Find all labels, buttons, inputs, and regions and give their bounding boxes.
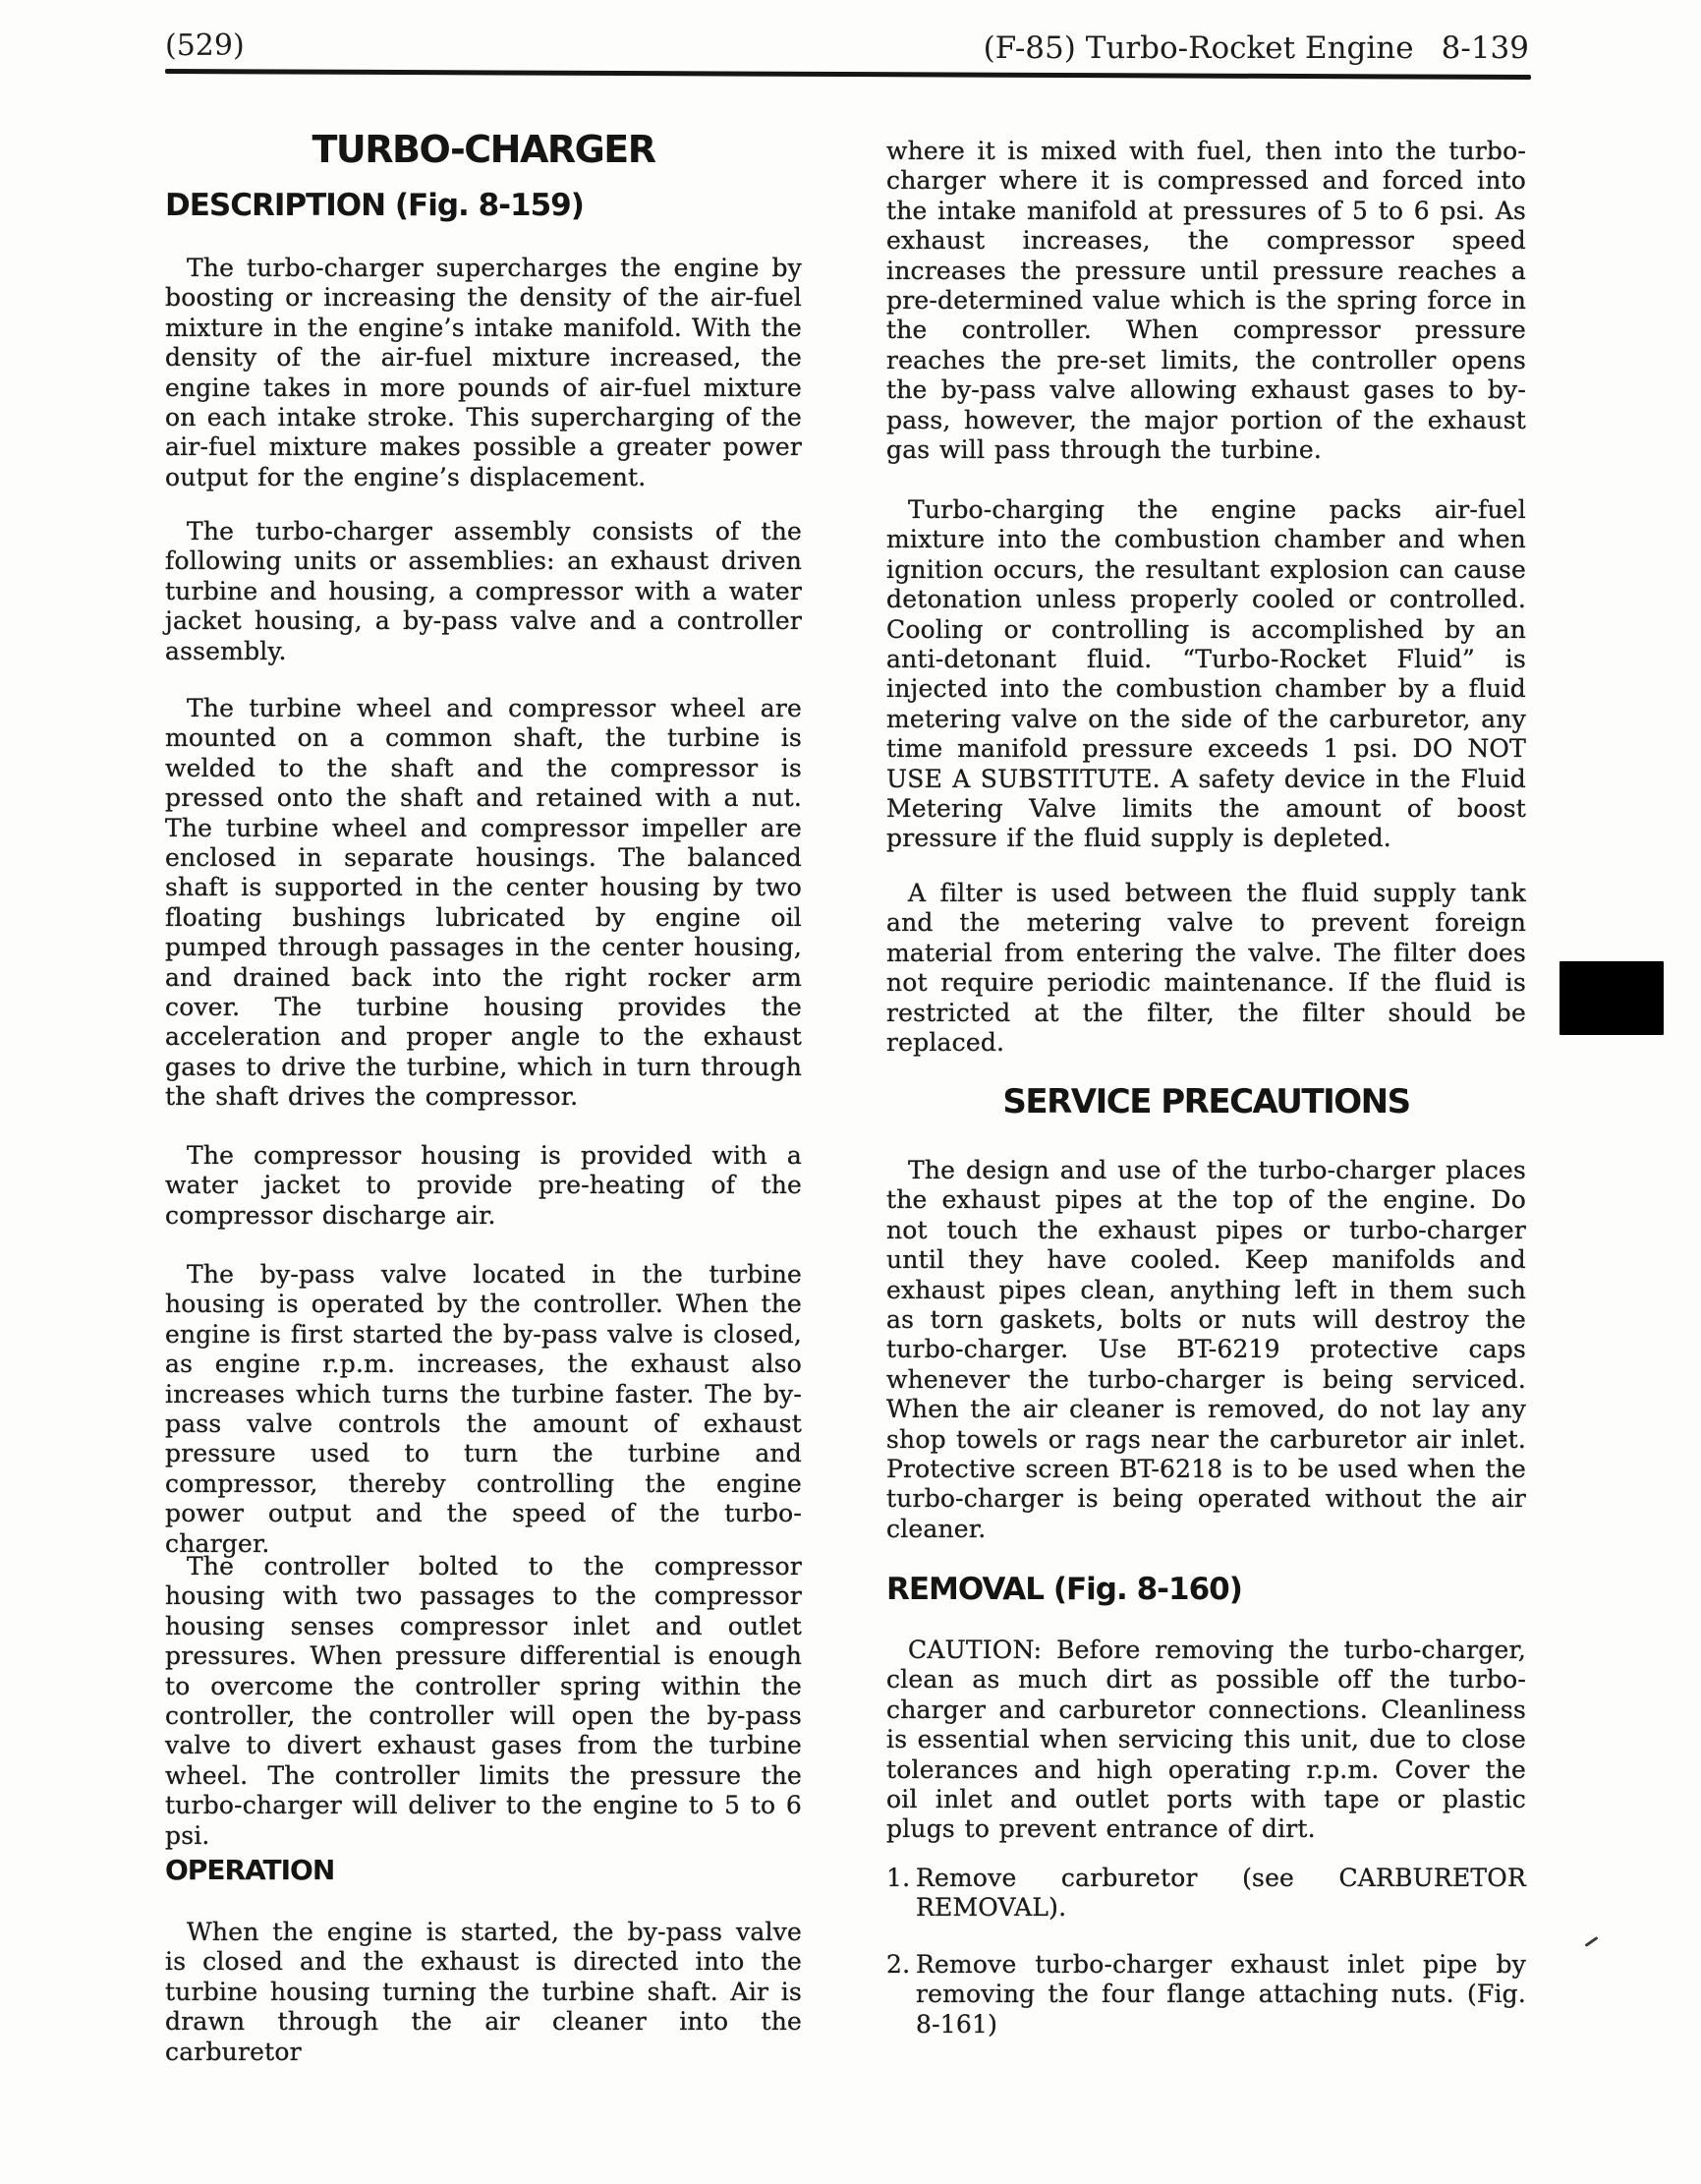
step-text: Remove carburetor (see CARBURETOR REMOVA… — [916, 1864, 1526, 1924]
stray-ink-mark — [1584, 1936, 1598, 1947]
manual-page: (529) (F-85) Turbo-Rocket Engine8-139 TU… — [0, 0, 1701, 2184]
removal-step-1: 1. Remove carburetor (see CARBURETOR REM… — [886, 1864, 1526, 1924]
left-column: TURBO-CHARGER DESCRIPTION (Fig. 8-159) T… — [165, 0, 802, 2184]
removal-caution-paragraph: CAUTION: Before removing the turbo-charg… — [886, 1636, 1526, 1845]
page-title: TURBO-CHARGER — [165, 128, 802, 171]
step-number: 2. — [886, 1950, 916, 2040]
step-number: 1. — [886, 1864, 916, 1924]
description-paragraph-6: The controller bolted to the compressor … — [165, 1552, 802, 1851]
description-heading: DESCRIPTION (Fig. 8-159) — [165, 187, 802, 224]
section-tab-marker — [1559, 961, 1664, 1035]
description-paragraph-4: The compressor housing is provided with … — [165, 1141, 802, 1231]
turbo-charging-paragraph: Turbo-charging the engine packs air-fuel… — [886, 495, 1526, 854]
service-precautions-heading: SERVICE PRECAUTIONS — [886, 1081, 1526, 1122]
removal-heading: REMOVAL (Fig. 8-160) — [886, 1571, 1526, 1608]
description-paragraph-3: The turbine wheel and compressor wheel a… — [165, 694, 802, 1113]
operation-paragraph-1: When the engine is started, the by-pass … — [165, 1918, 802, 2067]
right-column: where it is mixed with fuel, then into t… — [886, 0, 1526, 2184]
service-precautions-paragraph: The design and use of the turbo-charger … — [886, 1156, 1526, 1544]
operation-heading: OPERATION — [165, 1854, 802, 1887]
step-text: Remove turbo-charger exhaust inlet pipe … — [916, 1950, 1526, 2040]
description-paragraph-1: The turbo-charger supercharges the engin… — [165, 254, 802, 492]
filter-paragraph: A filter is used between the fluid suppl… — [886, 879, 1526, 1058]
description-paragraph-2: The turbo-charger assembly consists of t… — [165, 517, 802, 666]
operation-paragraph-continued: where it is mixed with fuel, then into t… — [886, 137, 1526, 465]
removal-step-2: 2. Remove turbo-charger exhaust inlet pi… — [886, 1950, 1526, 2040]
description-paragraph-5: The by-pass valve located in the turbine… — [165, 1260, 802, 1559]
